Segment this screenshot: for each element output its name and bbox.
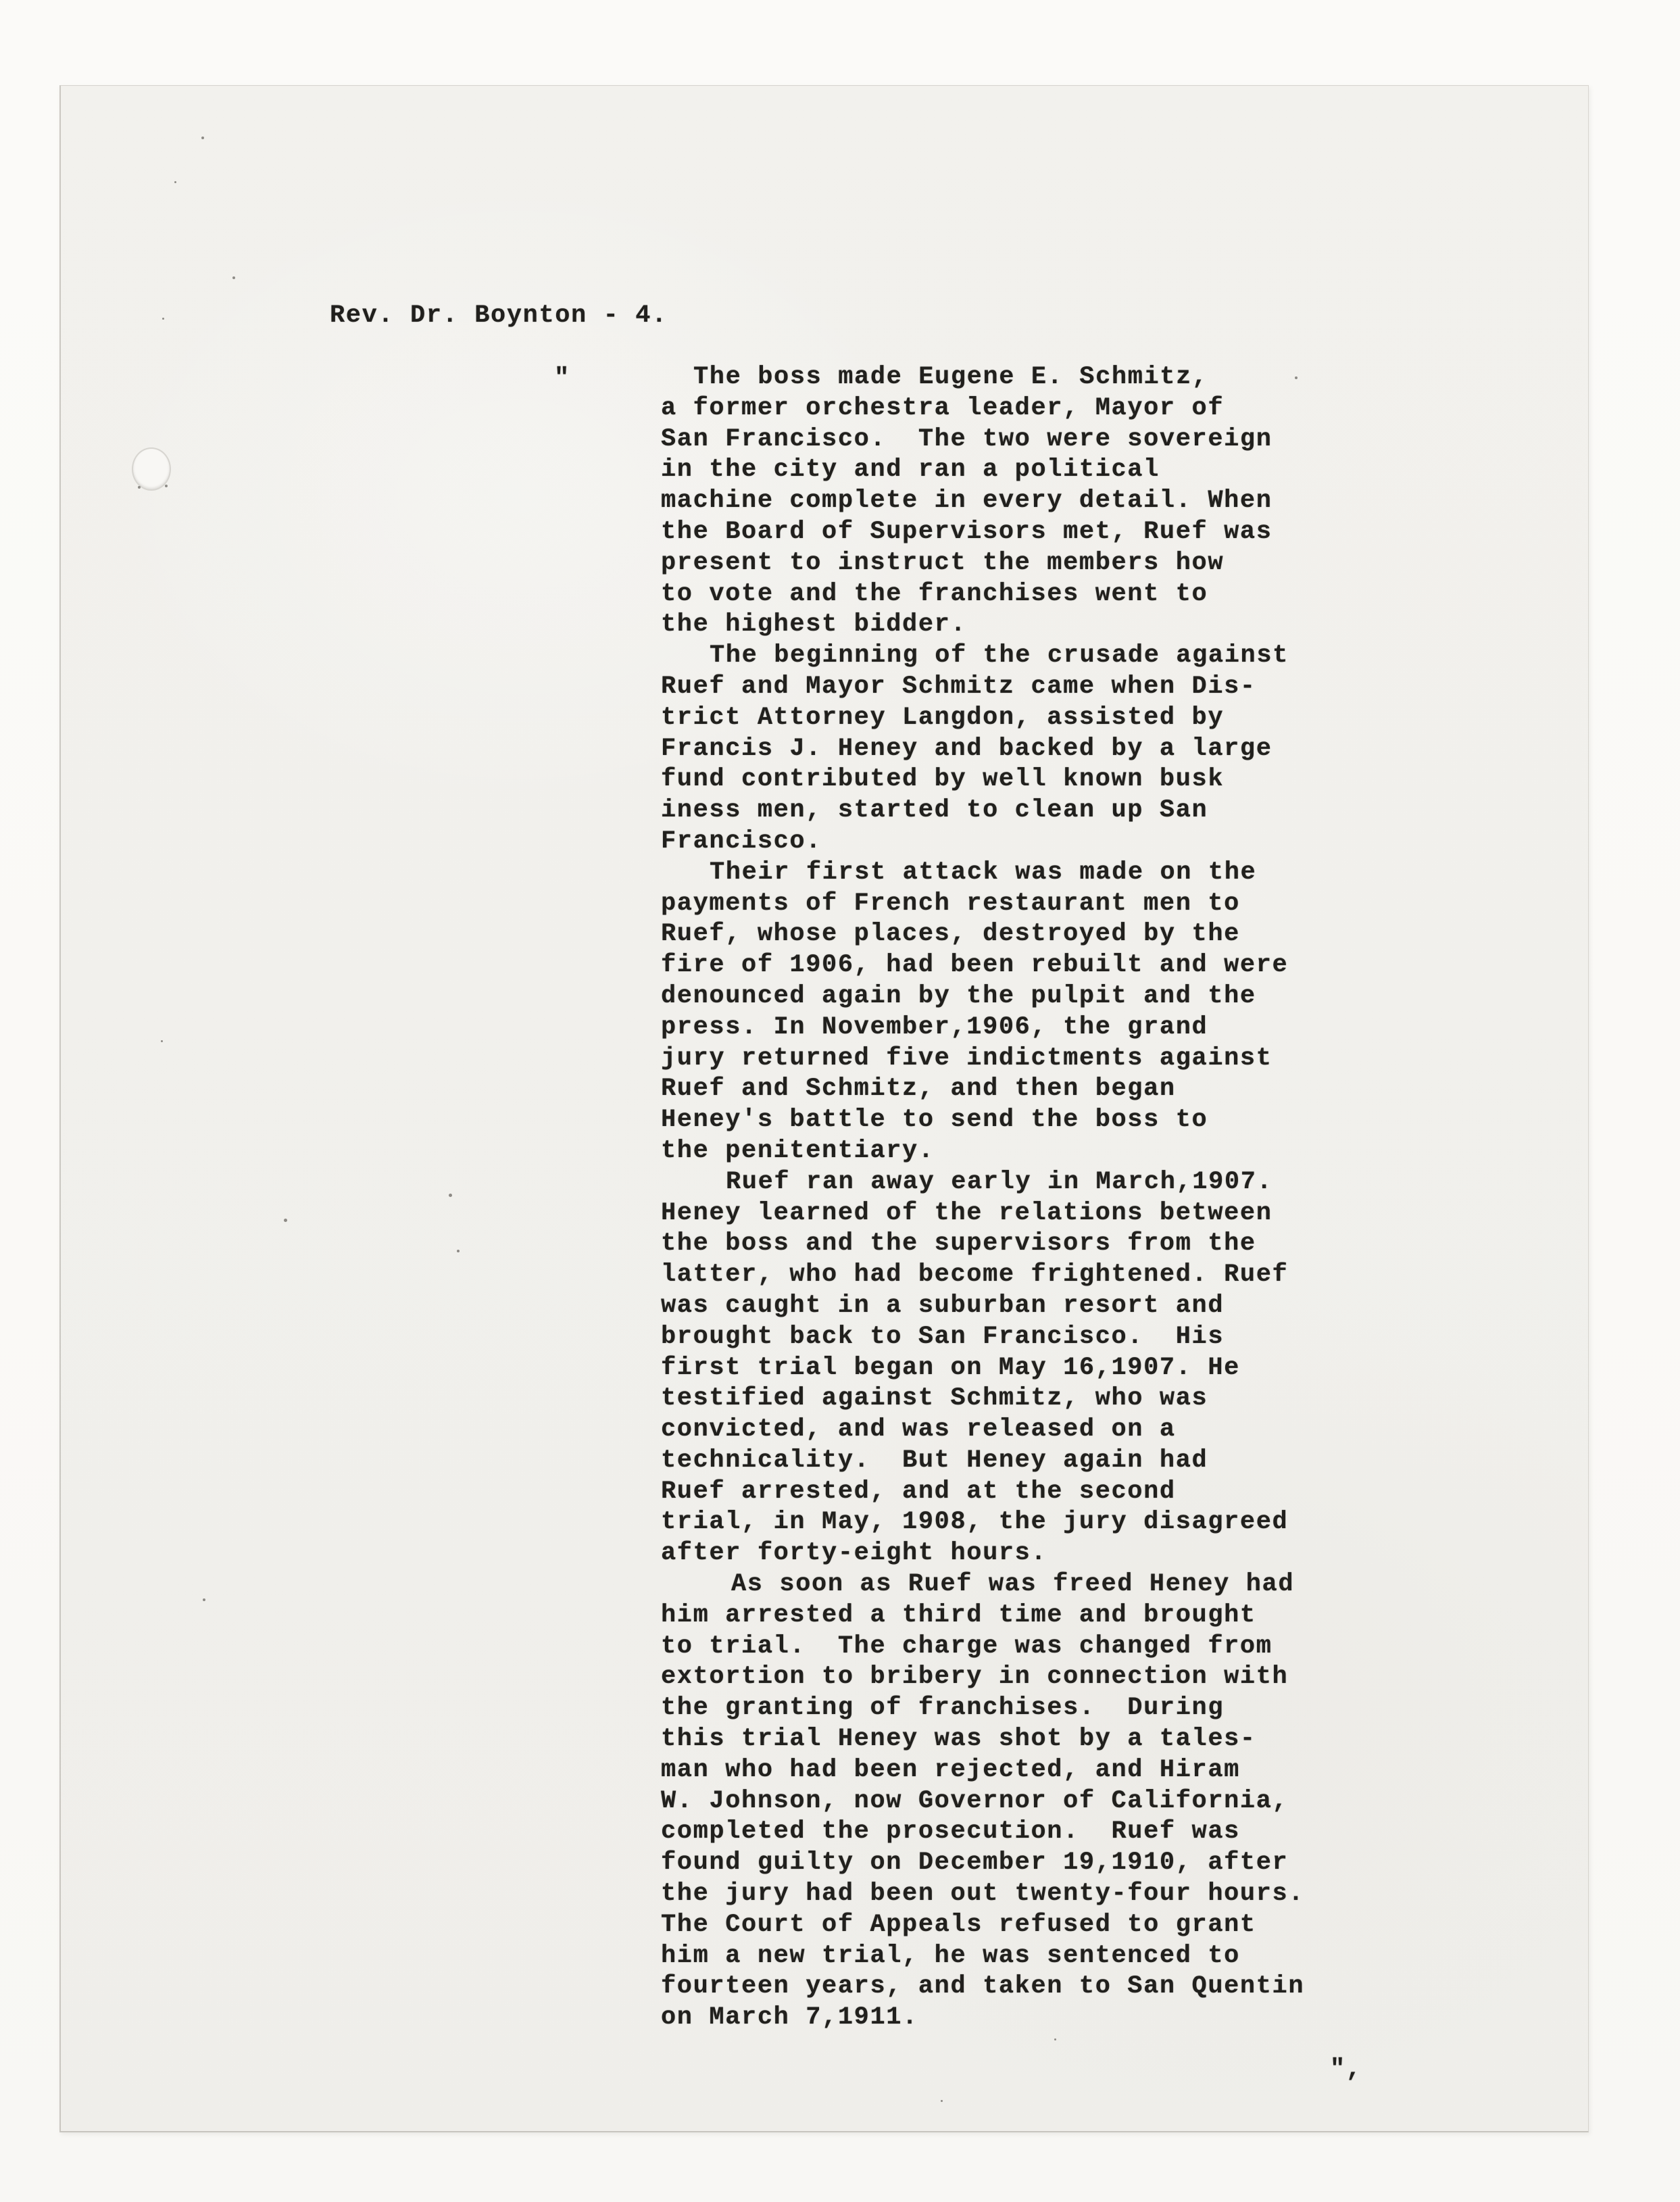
scan-speck <box>941 2100 943 2102</box>
text-line: Francisco. <box>661 827 1304 858</box>
text-line: Heney's battle to send the boss to <box>661 1105 1304 1136</box>
scan-speck <box>201 137 204 139</box>
text-line: Ruef and Schmitz, and then began <box>661 1074 1304 1105</box>
text-line: the granting of franchises. During <box>661 1693 1304 1724</box>
text-line: extortion to bribery in connection with <box>661 1662 1304 1693</box>
text-line: jury returned five indictments against <box>661 1044 1304 1075</box>
text-line: him arrested a third time and brought <box>661 1600 1304 1632</box>
text-line: the boss and the supervisors from the <box>661 1229 1304 1260</box>
scan-speck <box>1054 2038 1056 2040</box>
text-line: latter, who had become frightened. Ruef <box>661 1260 1304 1291</box>
text-line: after forty-eight hours. <box>661 1538 1304 1569</box>
text-line: San Francisco. The two were sovereign <box>661 424 1304 456</box>
text-line: fourteen years, and taken to San Quentin <box>661 1972 1304 2003</box>
scan-speck <box>165 485 168 487</box>
text-line: trict Attorney Langdon, assisted by <box>661 703 1304 734</box>
text-line: Heney learned of the relations between <box>661 1198 1304 1229</box>
paragraph: The boss made Eugene E. Schmitz,a former… <box>661 362 1304 641</box>
scan-speck <box>232 276 235 279</box>
scan-speck <box>457 1250 460 1252</box>
scan-speck <box>138 486 141 489</box>
text-line: technicality. But Heney again had <box>661 1446 1304 1477</box>
text-line: trial, in May, 1908, the jury disagreed <box>661 1507 1304 1538</box>
text-line: Ruef arrested, and at the second <box>661 1477 1304 1508</box>
text-line: testified against Schmitz, who was <box>661 1384 1304 1415</box>
text-line: to vote and the franchises went to <box>661 579 1304 610</box>
text-line: Ruef, whose places, destroyed by the <box>661 919 1304 950</box>
text-line: press. In November,1906, the grand <box>661 1012 1304 1044</box>
text-line: in the city and ran a political <box>661 455 1304 486</box>
text-line: W. Johnson, now Governor of California, <box>661 1786 1304 1817</box>
text-line: the jury had been out twenty-four hours. <box>661 1879 1304 1910</box>
scan-speck <box>203 1598 205 1601</box>
text-line: denounced again by the pulpit and the <box>661 981 1304 1012</box>
document-scan: Rev. Dr. Boynton - 4. " The boss made Eu… <box>0 0 1680 2202</box>
text-line: man who had been rejected, and Hiram <box>661 1755 1304 1786</box>
text-line: The Court of Appeals refused to grant <box>661 1910 1304 1941</box>
text-line: a former orchestra leader, Mayor of <box>661 393 1304 424</box>
scan-speck <box>1295 376 1298 379</box>
text-line: Ruef ran away early in March,1907. <box>661 1167 1304 1198</box>
text-line: fire of 1906, had been rebuilt and were <box>661 950 1304 981</box>
scan-speck <box>449 1194 452 1197</box>
text-line: convicted, and was released on a <box>661 1415 1304 1446</box>
text-line: to trial. The charge was changed from <box>661 1632 1304 1663</box>
paragraph: Their first attack was made on thepaymen… <box>661 858 1304 1167</box>
text-line: iness men, started to clean up San <box>661 796 1304 827</box>
text-line: payments of French restaurant men to <box>661 889 1304 920</box>
text-line: machine complete in every detail. When <box>661 486 1304 517</box>
text-line: the Board of Supervisors met, Ruef was <box>661 517 1304 548</box>
text-line: the highest bidder. <box>661 610 1304 641</box>
text-line: present to instruct the members how <box>661 548 1304 579</box>
text-line: Their first attack was made on the <box>661 858 1304 889</box>
text-line: the penitentiary. <box>661 1136 1304 1167</box>
scan-speck <box>162 318 164 320</box>
text-line: fund contributed by well known busk <box>661 764 1304 796</box>
closing-quote-mark: ", <box>1330 2055 1362 2085</box>
text-line: The beginning of the crusade against <box>661 641 1304 672</box>
text-line: completed the prosecution. Ruef was <box>661 1817 1304 1848</box>
text-line: As soon as Ruef was freed Heney had <box>661 1569 1304 1600</box>
page-header: Rev. Dr. Boynton - 4. <box>330 301 668 331</box>
text-line: The boss made Eugene E. Schmitz, <box>661 362 1304 393</box>
typewritten-text-block: The boss made Eugene E. Schmitz,a former… <box>661 362 1304 2034</box>
opening-quote-mark: " <box>554 364 570 394</box>
paragraph: As soon as Ruef was freed Heney hadhim a… <box>661 1569 1304 2034</box>
scan-speck <box>174 181 176 183</box>
text-line: was caught in a suburban resort and <box>661 1291 1304 1322</box>
text-line: first trial began on May 16,1907. He <box>661 1353 1304 1384</box>
text-line: found guilty on December 19,1910, after <box>661 1848 1304 1879</box>
text-line: on March 7,1911. <box>661 2003 1304 2034</box>
paragraph: The beginning of the crusade againstRuef… <box>661 641 1304 858</box>
text-line: Ruef and Mayor Schmitz came when Dis- <box>661 672 1304 703</box>
text-line: this trial Heney was shot by a tales- <box>661 1724 1304 1755</box>
text-line: him a new trial, he was sentenced to <box>661 1941 1304 1972</box>
paragraph: Ruef ran away early in March,1907.Heney … <box>661 1167 1304 1569</box>
scan-speck <box>161 1040 163 1042</box>
text-line: Francis J. Heney and backed by a large <box>661 734 1304 765</box>
scan-speck <box>284 1219 287 1222</box>
text-line: brought back to San Francisco. His <box>661 1322 1304 1353</box>
